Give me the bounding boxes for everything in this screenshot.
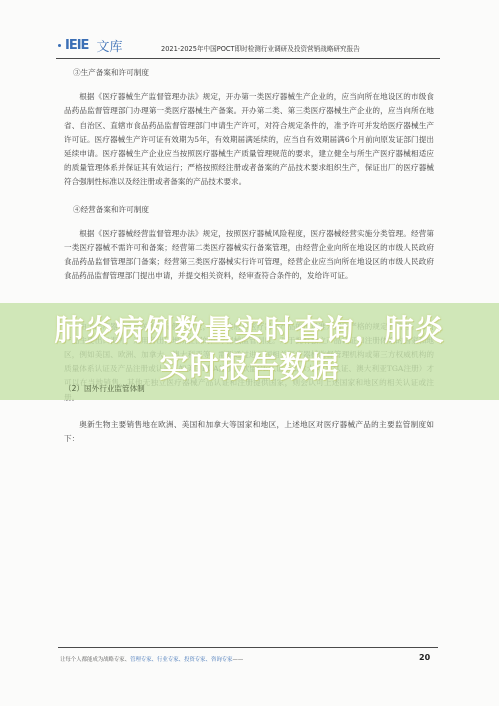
footer-slogan: 让每个人都能成为战略专家、管理专家、行业专家、投资专家、咨询专家——: [60, 655, 243, 663]
page-number: 20: [419, 653, 430, 662]
watermark-line-1: 肺炎病例数量实时查询，肺炎: [0, 312, 499, 349]
subheading-production: ③生产备案和许可制度: [64, 66, 434, 80]
watermark-line-2: 实时报告数据: [0, 349, 499, 386]
paragraph-sales-regions: 奥新生物主要销售地在欧洲、美国和加拿大等国家和地区，上述地区对医疗器械产品的主要…: [64, 418, 434, 446]
report-title: 2021-2025年中国POCT即时检测行业调研及投资营销战略研究报告: [161, 43, 360, 53]
page-header: IEIE 文库 2021-2025年中国POCT即时检测行业调研及投资营销战略研…: [56, 34, 440, 59]
paragraph-production: 根据《医疗器械生产监督管理办法》规定，开办第一类医疗器械生产企业的，应当向所在地…: [64, 90, 434, 189]
paragraph-operation: 根据《医疗器械经营监督管理办法》规定，按照医疗器械风险程度，医疗器械经营实施分类…: [64, 227, 434, 284]
logo-mark-icon: IEIE: [65, 38, 88, 53]
logo-dot-icon: [58, 44, 61, 47]
footer-divider: [58, 647, 438, 648]
footer-prefix: 让每个人都能成为战略专家、: [60, 657, 130, 663]
watermark-headline: 肺炎病例数量实时查询，肺炎 实时报告数据: [0, 312, 499, 386]
footer-highlight: 管理专家、行业专家、投资专家、咨询专家: [130, 657, 232, 663]
logo-text: 文库: [96, 36, 122, 55]
document-page: IEIE 文库 2021-2025年中国POCT即时检测行业调研及投资营销战略研…: [0, 0, 499, 706]
footer-suffix: ——: [233, 657, 244, 663]
wenku-logo[interactable]: IEIE 文库: [58, 36, 122, 54]
subheading-operation: ④经营备案和许可制度: [64, 203, 434, 217]
